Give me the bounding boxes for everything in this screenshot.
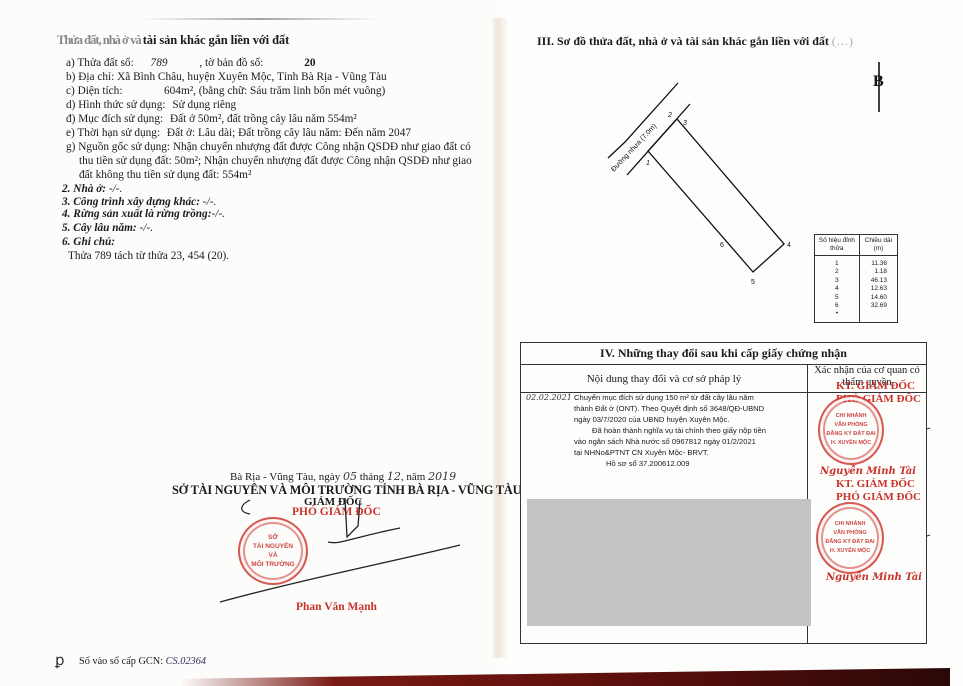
changes-title: IV. Những thay đổi sau khi cấp giấy chứn… [521, 343, 926, 365]
signer-name-left: Phan Văn Mạnh [296, 601, 377, 613]
confirm-title-2: KT. GIÁM ĐỐC [836, 478, 915, 490]
table-row: 514.60 [815, 294, 898, 302]
section-title-plot-diagram: III. Sơ đồ thửa đất, nhà ở và tài sản kh… [537, 34, 854, 49]
svg-text:B: B [873, 73, 884, 90]
redacted-region [527, 499, 811, 626]
plot-diagram: Đường nhựa (7.0m) 1 2 3 4 5 6 [590, 80, 820, 290]
official-seal-right-2: CHI NHÁNH VĂN PHÒNG ĐĂNG KÝ ĐẤT ĐAI H. X… [816, 502, 884, 574]
signer-name-right-1: Nguyễn Minh Tài [820, 466, 916, 477]
official-seal-right-1: CHI NHÁNH VĂN PHÒNG ĐĂNG KÝ ĐẤT ĐAI H. X… [818, 395, 884, 465]
svg-text:5: 5 [751, 279, 755, 286]
svg-text:2: 2 [667, 112, 672, 119]
header-length: Chiều dài (m) [859, 235, 897, 256]
table-row: 21.18 [815, 268, 898, 276]
table-row: 412.63 [815, 285, 898, 293]
table-row: 632.69 [815, 302, 898, 310]
corner-mark: ꝑ [55, 651, 65, 670]
north-arrow-icon: B [871, 62, 887, 112]
registry-number: Số vào sổ cấp GCN: CS.02364 [79, 656, 206, 667]
edge-length-table: Số hiệu đỉnh thửa Chiều dài (m) 111.36 2… [814, 234, 898, 323]
change-date: 02.02.2021 [526, 393, 572, 404]
confirm-title-1: KT. GIÁM ĐỐC [836, 380, 915, 392]
svg-text:1: 1 [646, 160, 650, 167]
table-row: • [815, 310, 898, 322]
column-change-content: Nội dung thay đổi và cơ sở pháp lý [521, 373, 807, 385]
table-row: 346.13 [815, 277, 898, 285]
svg-text:4: 4 [787, 242, 791, 249]
signer-name-right-2: Nguyễn Minh Tài [826, 572, 922, 583]
table-row: 111.36 [815, 256, 898, 269]
svg-text:6: 6 [720, 242, 724, 249]
svg-text:3: 3 [683, 120, 687, 127]
header-vertex: Số hiệu đỉnh thửa [815, 235, 860, 256]
